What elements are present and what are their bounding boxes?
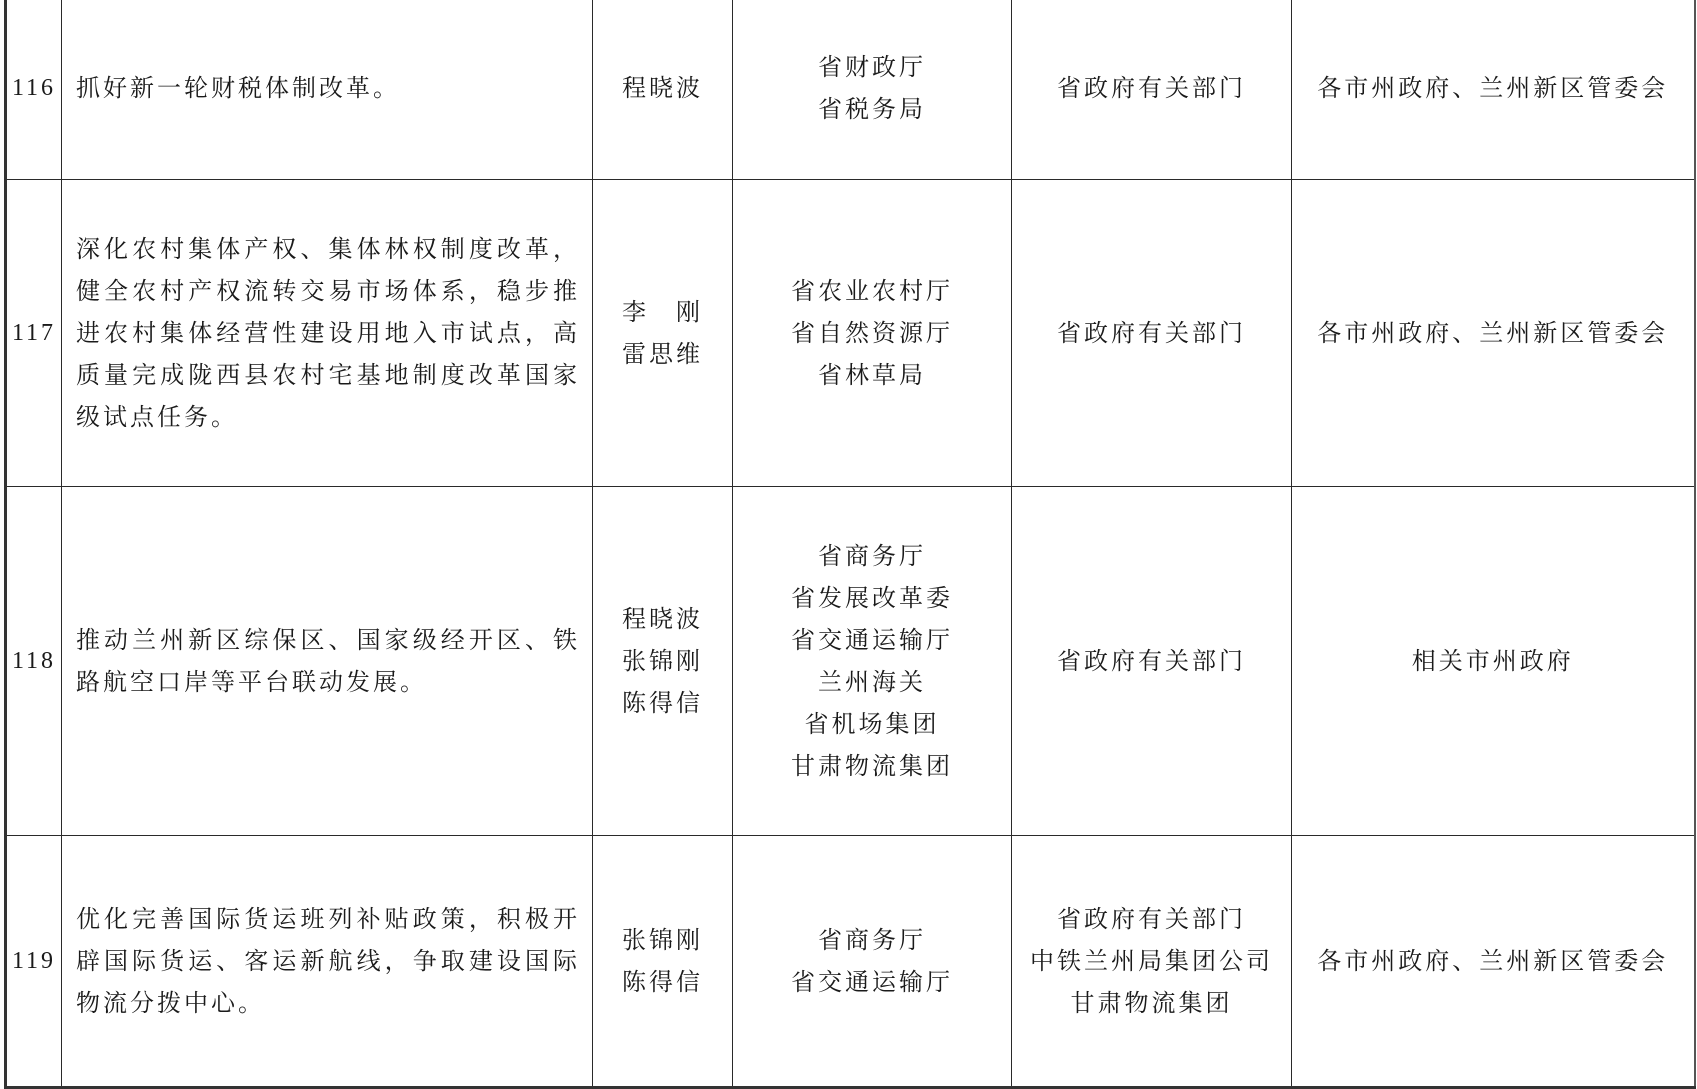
table-row: 119 优化完善国际货运班列补贴政策，积极开辟国际货运、客运新航线，争取建设国际…	[6, 835, 1695, 1087]
lead-dept: 省农业农村厅	[733, 270, 1011, 312]
leader-name: 程晓波	[593, 598, 732, 640]
lead-dept: 省自然资源厅	[733, 312, 1011, 354]
lead-departments: 省商务厅 省发展改革委 省交通运输厅 兰州海关 省机场集团 甘肃物流集团	[733, 486, 1012, 835]
leader-name: 张锦刚	[593, 919, 732, 961]
coop-dept: 省政府有关部门	[1012, 312, 1291, 354]
local-gov: 各市州政府、兰州新区管委会	[1292, 940, 1694, 982]
row-number: 116	[6, 0, 62, 179]
local-gov: 各市州政府、兰州新区管委会	[1292, 312, 1694, 354]
cooperating-departments: 省政府有关部门	[1012, 0, 1292, 179]
local-governments: 相关市州政府	[1292, 486, 1695, 835]
leader-name: 张锦刚	[593, 640, 732, 682]
local-governments: 各市州政府、兰州新区管委会	[1292, 0, 1695, 179]
leader-name: 程晓波	[593, 67, 732, 109]
cooperating-departments: 省政府有关部门 中铁兰州局集团公司 甘肃物流集团	[1012, 835, 1292, 1087]
cooperating-departments: 省政府有关部门	[1012, 486, 1292, 835]
lead-departments: 省财政厅 省税务局	[733, 0, 1012, 179]
table-row: 117 深化农村集体产权、集体林权制度改革，健全农村产权流转交易市场体系，稳步推…	[6, 179, 1695, 486]
lead-departments: 省农业农村厅 省自然资源厅 省林草局	[733, 179, 1012, 486]
lead-dept: 省商务厅	[733, 535, 1011, 577]
cooperating-departments: 省政府有关部门	[1012, 179, 1292, 486]
leader-name: 李 刚	[593, 291, 732, 333]
local-gov: 各市州政府、兰州新区管委会	[1292, 67, 1694, 109]
lead-dept: 省财政厅	[733, 46, 1011, 88]
local-governments: 各市州政府、兰州新区管委会	[1292, 179, 1695, 486]
task-table: 116 抓好新一轮财税体制改革。 程晓波 省财政厅 省税务局 省政府有关部门 各…	[4, 0, 1696, 1089]
row-number: 117	[6, 179, 62, 486]
responsible-leaders: 李 刚 雷思维	[593, 179, 733, 486]
task-text: 优化完善国际货运班列补贴政策，积极开辟国际货运、客运新航线，争取建设国际物流分拨…	[76, 898, 580, 1024]
leader-name: 雷思维	[593, 333, 732, 375]
lead-departments: 省商务厅 省交通运输厅	[733, 835, 1012, 1087]
leader-name: 陈得信	[593, 682, 732, 724]
lead-dept: 省商务厅	[733, 919, 1011, 961]
responsible-leaders: 程晓波	[593, 0, 733, 179]
task-description: 深化农村集体产权、集体林权制度改革，健全农村产权流转交易市场体系，稳步推进农村集…	[62, 179, 593, 486]
local-governments: 各市州政府、兰州新区管委会	[1292, 835, 1695, 1087]
row-number: 118	[6, 486, 62, 835]
task-text: 深化农村集体产权、集体林权制度改革，健全农村产权流转交易市场体系，稳步推进农村集…	[76, 228, 580, 438]
coop-dept: 省政府有关部门	[1012, 898, 1291, 940]
coop-dept: 中铁兰州局集团公司	[1012, 940, 1291, 982]
task-description: 抓好新一轮财税体制改革。	[62, 0, 593, 179]
task-text: 抓好新一轮财税体制改革。	[76, 67, 580, 109]
responsible-leaders: 张锦刚 陈得信	[593, 835, 733, 1087]
task-text: 推动兰州新区综保区、国家级经开区、铁路航空口岸等平台联动发展。	[76, 619, 580, 703]
lead-dept: 省交通运输厅	[733, 619, 1011, 661]
coop-dept: 省政府有关部门	[1012, 67, 1291, 109]
task-description: 优化完善国际货运班列补贴政策，积极开辟国际货运、客运新航线，争取建设国际物流分拨…	[62, 835, 593, 1087]
table-row: 116 抓好新一轮财税体制改革。 程晓波 省财政厅 省税务局 省政府有关部门 各…	[6, 0, 1695, 179]
lead-dept: 省发展改革委	[733, 577, 1011, 619]
coop-dept: 甘肃物流集团	[1012, 982, 1291, 1024]
lead-dept: 省税务局	[733, 88, 1011, 130]
table-row: 118 推动兰州新区综保区、国家级经开区、铁路航空口岸等平台联动发展。 程晓波 …	[6, 486, 1695, 835]
lead-dept: 兰州海关	[733, 661, 1011, 703]
leader-name: 陈得信	[593, 961, 732, 1003]
coop-dept: 省政府有关部门	[1012, 640, 1291, 682]
task-description: 推动兰州新区综保区、国家级经开区、铁路航空口岸等平台联动发展。	[62, 486, 593, 835]
lead-dept: 省交通运输厅	[733, 961, 1011, 1003]
row-number: 119	[6, 835, 62, 1087]
responsible-leaders: 程晓波 张锦刚 陈得信	[593, 486, 733, 835]
lead-dept: 省机场集团	[733, 703, 1011, 745]
local-gov: 相关市州政府	[1292, 640, 1694, 682]
lead-dept: 省林草局	[733, 354, 1011, 396]
lead-dept: 甘肃物流集团	[733, 745, 1011, 787]
